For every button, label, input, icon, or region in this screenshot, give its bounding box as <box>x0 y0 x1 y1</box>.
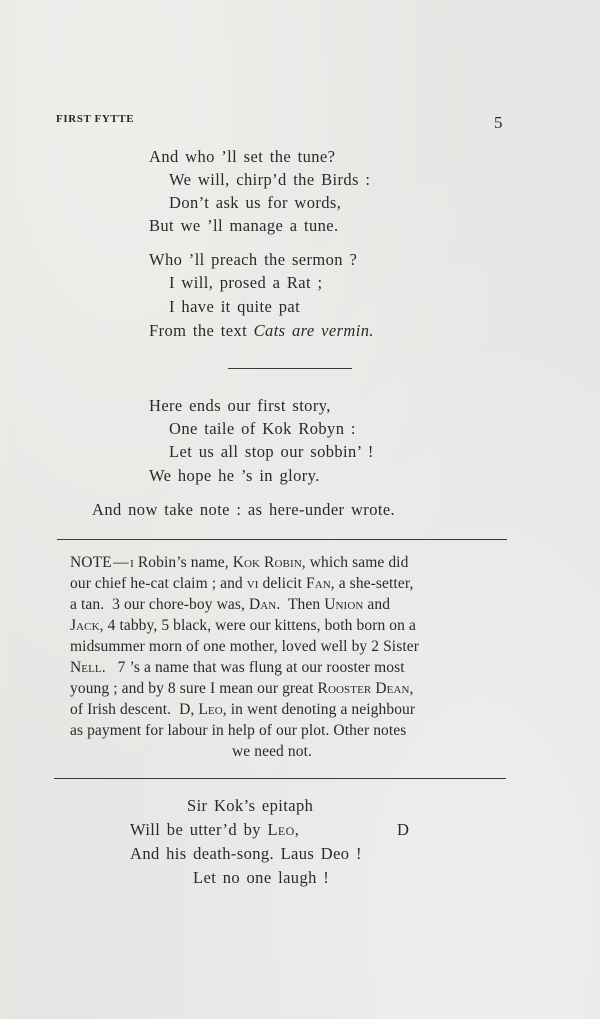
running-head: FIRST FYTTE <box>56 113 134 125</box>
verse-line: We hope he ’s in glory. <box>149 466 320 486</box>
verse-text: From the text <box>149 321 254 340</box>
verse-line: I have it quite pat <box>169 297 300 317</box>
note-line: midsummer morn of one mother, loved well… <box>70 637 419 657</box>
note-line: our chief he-cat claim ; and vi delicit … <box>70 574 413 594</box>
note-line: young ; and by 8 sure I mean our great R… <box>70 679 414 699</box>
section-divider-short <box>228 368 352 369</box>
italic-quote: Cats are vermin. <box>254 321 374 340</box>
verse-line: We will, chirp’d the Birds : <box>169 170 370 190</box>
verse-line: From the text Cats are vermin. <box>149 321 374 341</box>
verse-line: Let us all stop our sobbin’ ! <box>169 442 374 462</box>
verse-line: Who ’ll preach the sermon ? <box>149 250 357 270</box>
note-line: of Irish descent. D, Leo, in went denoti… <box>70 700 415 720</box>
verse-line: And his death-song. Laus Deo ! <box>130 844 362 864</box>
verse-line: I will, prosed a Rat ; <box>169 273 323 293</box>
note-top-rule <box>57 539 507 540</box>
margin-note: D <box>397 820 409 840</box>
verse-line: Will be utter’d by Leo, <box>130 820 299 840</box>
note-line: as payment for labour in help of our plo… <box>70 721 406 741</box>
note-line: Jack, 4 tabby, 5 black, were our kittens… <box>70 616 416 636</box>
verse-line: Sir Kok’s epitaph <box>187 796 313 816</box>
note-line: Nell. 7 ’s a name that was flung at our … <box>70 658 405 678</box>
note-line: NOTE — i Robin’s name, Kok Robin, which … <box>70 553 408 573</box>
verse-line: Let no one laugh ! <box>193 868 329 888</box>
verse-line: One taile of Kok Robyn : <box>169 419 356 439</box>
note-bottom-rule <box>54 778 506 779</box>
verse-line: And who ’ll set the tune? <box>149 147 335 167</box>
note-line: a tan. 3 our chore-boy was, Dan. Then Un… <box>70 595 390 615</box>
transition-line: And now take note : as here-under wrote. <box>92 500 395 520</box>
note-line: we need not. <box>232 742 312 762</box>
verse-line: But we ’ll manage a tune. <box>149 216 339 236</box>
verse-line: Here ends our first story, <box>149 396 331 416</box>
page-number: 5 <box>494 113 503 133</box>
verse-line: Don’t ask us for words, <box>169 193 341 213</box>
